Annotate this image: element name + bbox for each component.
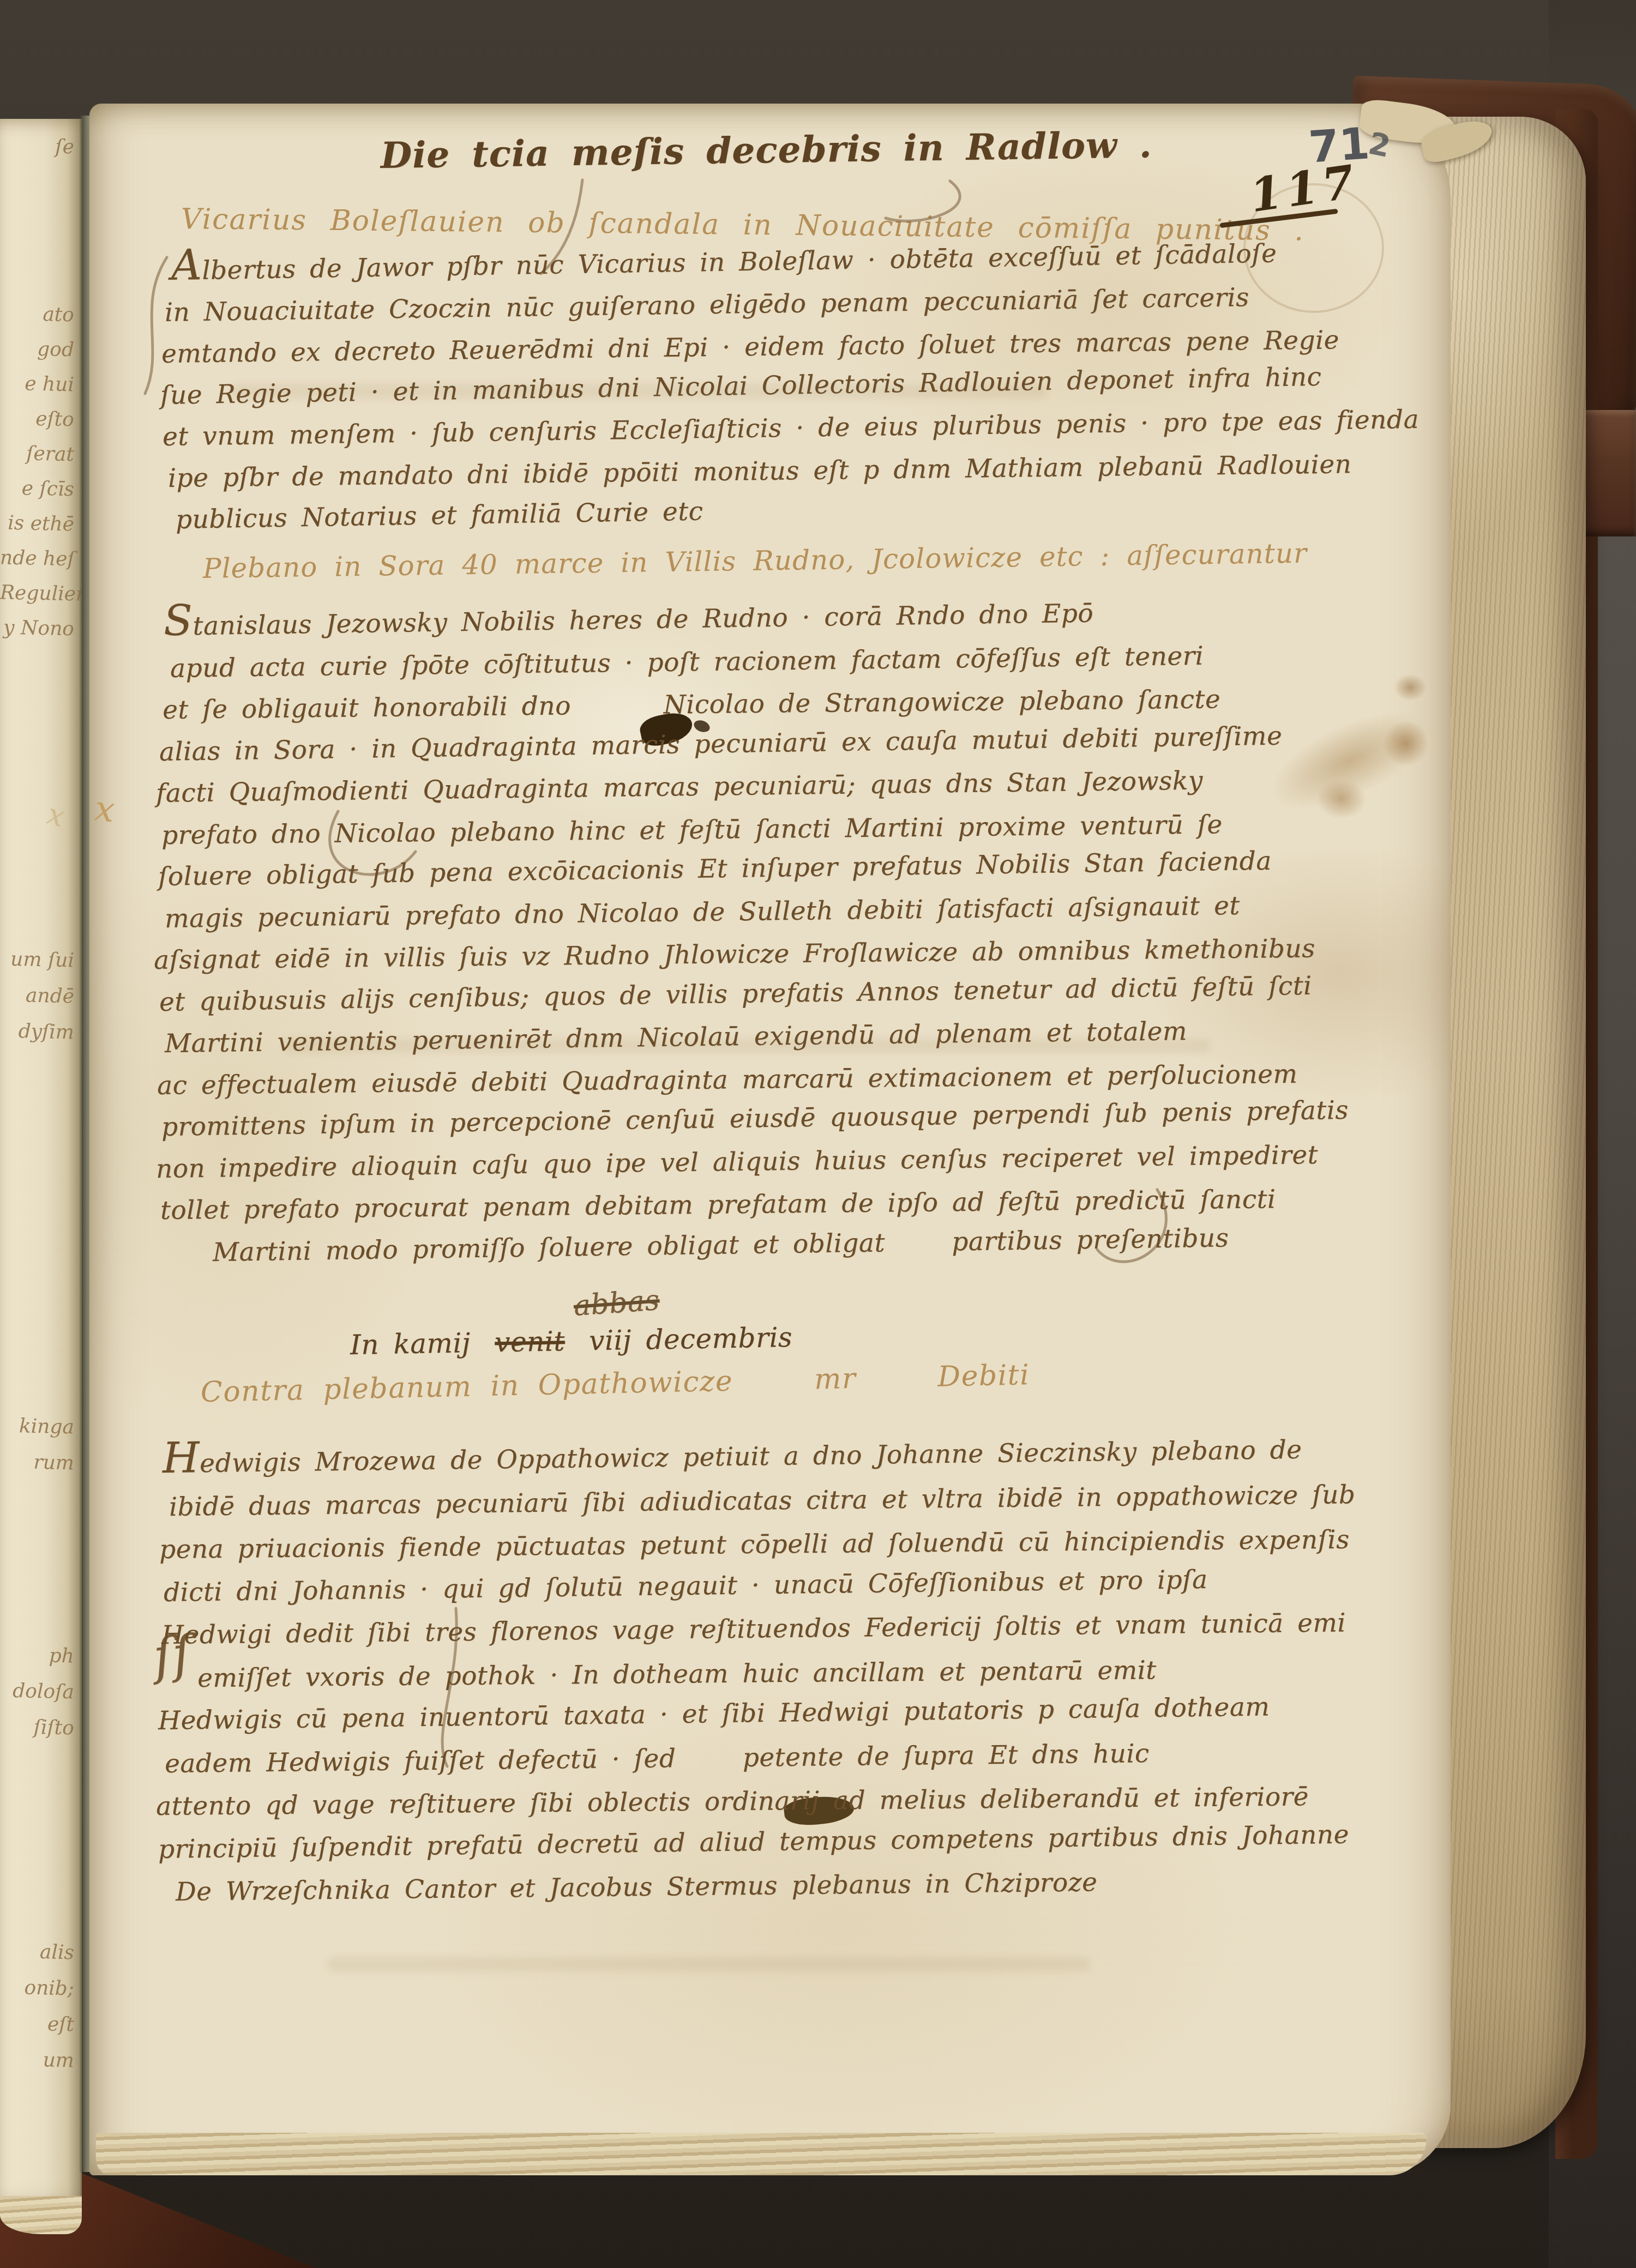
manuscript-line: Hedwigis cū pena inuentorū taxata · et ſ… (158, 1692, 1270, 1736)
manuscript-line: principiū ſuſpendit prefatū decretū ad a… (158, 1819, 1350, 1864)
manuscript-line: publicus Notarius et familiā Curie etc (176, 496, 703, 535)
manuscript-line: eadem Hedwigis fuiſſet defectū · ſed pet… (165, 1739, 1150, 1779)
pen-initial: S (163, 596, 193, 646)
manuscript-line: promittens ipſum in percepcionē cenſuū e… (161, 1095, 1349, 1142)
cancelled-word: abbas (573, 1284, 661, 1323)
manuscript-line: alias in Sora · in Quadraginta marcis pe… (159, 721, 1283, 767)
manuscript-line: et ſe obligauit honorabili dno Nicolao d… (163, 684, 1221, 725)
manuscript-line: Stanislaus Jezowsky Nobilis heres de Rud… (164, 599, 1094, 642)
folio-number-pencil: 71 (1307, 118, 1372, 173)
script-layer: Die tcia meſis decebris in Radlow . Vica… (0, 0, 1636, 2268)
manuscript-line: et quibusuis alijs cenſibus; quos de vil… (159, 970, 1312, 1017)
margin-x-mark: x (93, 788, 117, 830)
manuscript-line: ſoluere obligat ſub pena excōicacionis E… (158, 846, 1272, 892)
stain-spot (1316, 780, 1367, 819)
book-photo: ſeatogode huieſtoſerate ſcīsis ethēnde h… (0, 0, 1636, 2268)
manuscript-line: prefato dno Nicolao plebano hinc et feſt… (161, 810, 1223, 850)
manuscript-line: Albertus de Jawor pſbr nūc Vicarius in B… (171, 238, 1277, 286)
pen-initial: A (171, 240, 202, 290)
manuscript-line: pena priuacionis fiende pūctuatas petunt… (159, 1525, 1350, 1565)
manuscript-line: Martini venientis peruenirēt dnm Nicolaū… (165, 1016, 1188, 1059)
margin-x-mark-faint: x (44, 797, 68, 834)
rubric-contra-plebanum: Contra plebanum in Opathowicze mr Debiti (200, 1359, 1030, 1409)
manuscript-line: attento qd vage reſtituere ſibi oblectis… (156, 1782, 1309, 1821)
manuscript-line: apud acta curie ſpōte cōſtitutus · poſt … (170, 641, 1204, 683)
folio-number-pencil-small: 2 (1366, 126, 1394, 165)
date-line-post: viij decembris (589, 1322, 793, 1356)
manuscript-line: Hedwigi dedit ſibi tres florenos vage re… (161, 1608, 1346, 1650)
manuscript-line: facti Quaſmodienti Quadraginta marcas pe… (156, 766, 1203, 809)
manuscript-line: emtando ex decreto Reuerēdmi dni Epi · e… (161, 325, 1340, 369)
manuscript-line: Martini modo promiſſo ſoluere obligat et… (213, 1223, 1229, 1268)
pen-initial: H (162, 1433, 200, 1483)
manuscript-line: non impedire alioquin caſu quo ipe vel a… (156, 1139, 1319, 1184)
manuscript-line: Hedwigis Mrozewa de Oppathowicz petiuit … (163, 1435, 1302, 1479)
manuscript-line: aſsignat eidē in villis ſuis vz Rudno Jh… (154, 933, 1315, 975)
manuscript-line: ſue Regie peti · et in manibus dni Nicol… (160, 362, 1322, 411)
manuscript-line: in Nouaciuitate Czoczin nūc guiſerano el… (165, 282, 1249, 328)
date-line: In kamij venit viij decembris (350, 1322, 792, 1361)
date-line-pre: In kamij (350, 1327, 471, 1361)
manuscript-line: De Wrzeſchnika Cantor et Jacobus Stermus… (176, 1867, 1098, 1907)
manuscript-line: et vnum menſem · ſub cenſuris Eccleſiaſt… (163, 405, 1420, 452)
stain-spot (1383, 721, 1429, 767)
entry-heading: Die tcia meſis decebris in Radlow . (380, 123, 1152, 177)
manuscript-line: dicti dni Johannis · qui gd ſolutū negau… (164, 1564, 1208, 1607)
manuscript-line: ibidē duas marcas pecuniarū ſibi adiudic… (169, 1480, 1356, 1522)
manuscript-line: tollet prefato procurat penam debitam pr… (160, 1184, 1276, 1226)
manuscript-line: ipe pſbr de mandato dni ibidē ppōiti mon… (168, 449, 1352, 493)
manuscript-line: emiſſet vxoris de pothok · In dotheam hu… (197, 1655, 1157, 1693)
rubric-plebano-in-sora: Plebano in Sora 40 marce in Villis Rudno… (203, 538, 1308, 584)
manuscript-line: magis pecuniarū prefato dno Nicolao de S… (165, 890, 1240, 933)
stain-spot (1394, 674, 1427, 701)
manuscript-line: ac effectualem eiusdē debiti Quadraginta… (157, 1059, 1298, 1100)
date-line-cancelled: venit (495, 1325, 566, 1358)
